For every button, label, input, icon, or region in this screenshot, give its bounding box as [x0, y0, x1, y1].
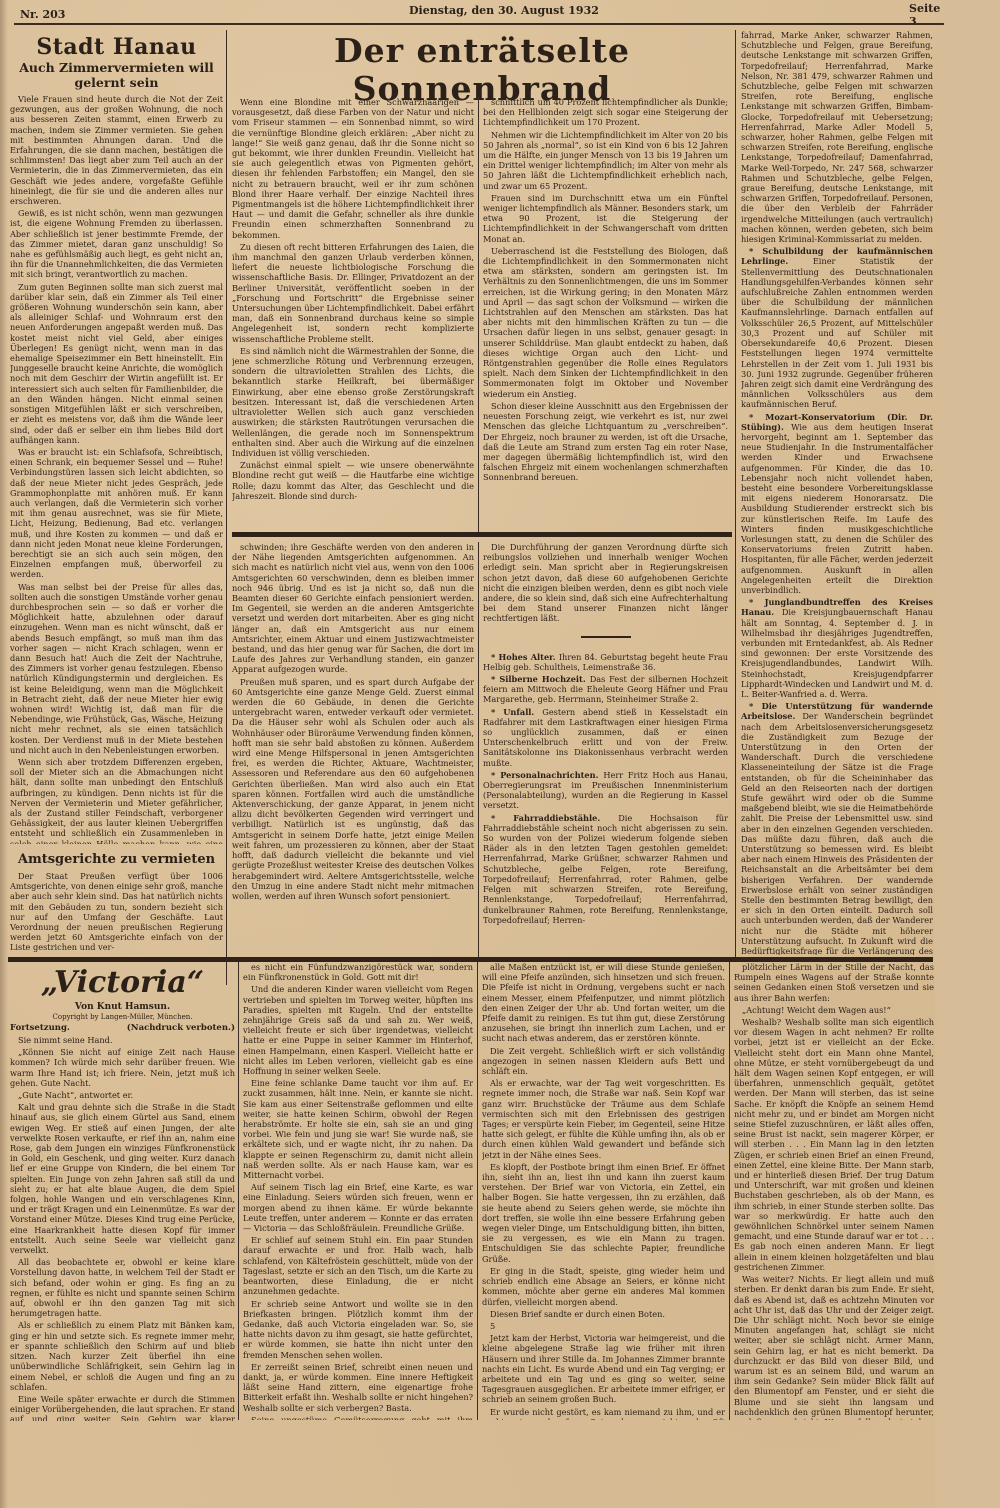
sonnenbrand-col-2: schnittlich um 40 Prozent lichtempfindli… — [483, 97, 728, 532]
paragraph: Weshalb? Weshalb sollte man sich eigentl… — [734, 1017, 934, 1272]
paragraph: Eine feine schlanke Dame taucht vor ihm … — [243, 1078, 473, 1180]
notice-text: Die Hochsaison für Fahrraddiebstähle sch… — [483, 813, 728, 925]
paragraph: Die Zeit vergeht. Schließlich wirft er s… — [482, 1046, 725, 1077]
paragraph: All das beobachtete er, obwohl er keine … — [10, 1257, 235, 1318]
local-notices: * Hohes Alter. Ihren 84. Geburtstag bege… — [483, 652, 728, 925]
article-body: Der Staat Preußen verfügt über 1006 Amts… — [10, 871, 223, 953]
paragraph: Wenn eine Blondine mit einer Schwarzhaar… — [232, 97, 474, 240]
victoria-col-2: es nicht ein Fünfundzwanzigörestück war,… — [243, 962, 473, 1420]
serial-copyright: Copyright by Langen-Müller, München. — [10, 1013, 235, 1021]
paragraph: Als er schließlich zu einem Platz mit Bä… — [10, 1320, 235, 1391]
binding-shadow — [0, 0, 8, 1508]
serial-meta: Fortsetzung. (Nachdruck verboten.) — [10, 1023, 235, 1033]
paragraph: Schon dieser kleine Ausschnitt aus den E… — [483, 401, 728, 483]
notice-title: * Fahrraddiebstähle. — [491, 813, 618, 823]
reprint-notice: (Nachdruck verboten.) — [127, 1023, 235, 1033]
column-divider — [238, 962, 239, 1420]
article-body: schwinden; ihre Geschäfte werden von den… — [232, 542, 474, 901]
serial-body: es nicht ein Fünfundzwanzigörestück war,… — [243, 962, 473, 1420]
serial-body: Sie nimmt seine Hand.„Können Sie nicht a… — [10, 1035, 235, 1421]
local-notices: * Schulbildung der kaufmännischen Lehrli… — [741, 246, 933, 955]
sonnenbrand-header: Der enträtselte Sonnenbrand Männer licht… — [232, 32, 732, 102]
page-margin — [935, 0, 1000, 1508]
paragraph: „Achtung! Weicht dem Wagen aus!“ — [734, 1005, 934, 1015]
article-body: Die Durchführung der ganzen Verordnung d… — [483, 542, 728, 624]
paragraph: Als er erwachte, war der Tag weit vorges… — [482, 1078, 725, 1160]
article-headline: Amtsgerichte zu vermieten — [10, 852, 223, 868]
paragraph: Zum guten Beginnen sollte man sich zuers… — [10, 282, 223, 445]
article-headline: Der enträtselte Sonnenbrand — [232, 32, 732, 102]
stadt-hanau-column: Stadt Hanau Auch Zimmervermieten will ge… — [10, 34, 223, 844]
victoria-col-4: plötzlicher Lärm in der Stille der Nacht… — [734, 962, 934, 1420]
paragraph: Was weiter? Nichts. Er liegt allein und … — [734, 1274, 934, 1420]
paragraph: Kalt und grau dehnte sich die Straße in … — [10, 1102, 235, 1255]
notice-item: * Fahrraddiebstähle. Die Hochsaison für … — [483, 813, 728, 925]
paragraph: Es sind nämlich nicht die Wärmestrahlen … — [232, 346, 474, 458]
paragraph: Sie nimmt seine Hand. — [10, 1035, 235, 1045]
masthead-rule — [14, 23, 944, 25]
paragraph: Zu diesen oft recht bitteren Erfahrungen… — [232, 242, 474, 344]
amtsgerichte-article: Amtsgerichte zu vermieten Der Staat Preu… — [10, 848, 223, 958]
notice-item: * Junglandbundtreffen des Kreises Hanau.… — [741, 597, 933, 699]
sonnenbrand-col-1: Wenn eine Blondine mit einer Schwarzhaar… — [232, 97, 474, 532]
paragraph: Er ging in die Stadt, speiste, ging wied… — [482, 1266, 725, 1307]
paragraph: Seine ungestüme Gemütserregung geht mit … — [243, 1415, 473, 1420]
notice-text: Einer Statistik der Stellenvermittlung d… — [741, 256, 933, 409]
paragraph: Nehmen wir die Lichtempfindlichkeit im A… — [483, 130, 728, 191]
victoria-col-3: alle Maßen entzückt ist, er will diese S… — [482, 962, 725, 1420]
issue-date: Dienstag, den 30. August 1932 — [409, 4, 599, 17]
paragraph: Er schlief auf seinem Stuhl ein. Ein paa… — [243, 1235, 473, 1296]
amtsgerichte-col-2: schwinden; ihre Geschäfte werden von den… — [232, 542, 474, 958]
paragraph: schwinden; ihre Geschäfte werden von den… — [232, 542, 474, 675]
section-rule — [232, 532, 732, 537]
notice-item: * Personalnachrichten. Herr Fritz Hoch a… — [483, 770, 728, 811]
notice-text: Die Kreisjungbauernschaft Hanau hält am … — [741, 607, 933, 699]
notice-continuation: fahrrad, Marke Anker, schwarzer Rahmen, … — [741, 30, 933, 244]
newspaper-page: Nr. 203 Dienstag, den 30. August 1932 Se… — [0, 0, 1000, 1508]
paragraph: Ueberraschend ist die Feststellung des B… — [483, 246, 728, 399]
paragraph: „Gute Nacht“, antwortet er. — [10, 1090, 235, 1100]
paragraph: Wenn sich aber trotzdem Differenzen erge… — [10, 757, 223, 844]
notice-item: * Schulbildung der kaufmännischen Lehrli… — [741, 246, 933, 409]
notice-title: * Personalnachrichten. — [491, 770, 603, 780]
article-body: schnittlich um 40 Prozent lichtempfindli… — [483, 97, 728, 483]
notice-text: Der Wanderschein begründet nach dem Arbe… — [741, 711, 933, 955]
column-divider — [478, 97, 479, 532]
serial-body: plötzlicher Lärm in der Stille der Nacht… — [734, 962, 934, 1420]
paragraph: Er wurde nicht gestört, es kam niemand z… — [482, 1407, 725, 1420]
notice-item: * Unfall. Gestern abend stieß in Kessels… — [483, 707, 728, 768]
paragraph: Frauen sind im Durchschnitt etwa um ein … — [483, 193, 728, 244]
notice-title: * Silberne Hochzeit. — [491, 674, 590, 684]
notice-text: Wie aus dem heutigen Inserat hervorgeht,… — [741, 422, 933, 595]
paragraph: Und die anderen Kinder waren vielleicht … — [243, 984, 473, 1076]
paragraph: Es klopft, der Postbote bringt ihm einen… — [482, 1162, 725, 1264]
paragraph: Auf seinem Tisch lag ein Brief, eine Kar… — [243, 1182, 473, 1233]
right-notices-column: fahrrad, Marke Anker, schwarzer Rahmen, … — [741, 30, 933, 955]
notice-item: * Die Unterstützung für wandernde Arbeit… — [741, 701, 933, 955]
section-title: Stadt Hanau — [10, 34, 223, 60]
article-headline: Auch Zimmervermieten will gelernt sein — [10, 60, 223, 90]
serial-author: Von Knut Hamsun. — [10, 1002, 235, 1012]
paragraph: Er schrieb seine Antwort und wollte sie … — [243, 1299, 473, 1360]
paragraph: Diesen Brief sandte er durch einen Boten… — [482, 1309, 725, 1319]
notice-title: * Hohes Alter. — [491, 652, 559, 662]
paragraph: Was man selbst bei der Preise für alles … — [10, 582, 223, 755]
paragraph: „Können Sie nicht auf einige Zeit nach H… — [10, 1047, 235, 1088]
chapter-number: 5 — [482, 1321, 725, 1331]
local-notes-column: Die Durchführung der ganzen Verordnung d… — [483, 542, 728, 958]
separator-dash — [581, 636, 631, 638]
column-divider — [477, 962, 478, 1420]
paragraph: Gewiß, es ist nicht schön, wenn man gezw… — [10, 208, 223, 279]
column-divider — [226, 30, 227, 985]
column-divider — [478, 542, 479, 958]
paragraph: Zunächst einmal spielt — wie unsere oben… — [232, 460, 474, 501]
notice-item: * Mozart-Konservatorium (Dir. Dr. Stübin… — [741, 412, 933, 596]
paragraph: plötzlicher Lärm in der Stille der Nacht… — [734, 962, 934, 1003]
victoria-col-1: „Victoria“ Von Knut Hamsun. Copyright by… — [10, 966, 235, 1421]
paragraph: Viele Frauen sind heute durch die Not de… — [10, 94, 223, 206]
notice-item: * Silberne Hochzeit. Das Fest der silber… — [483, 674, 728, 705]
article-body: Wenn eine Blondine mit einer Schwarzhaar… — [232, 97, 474, 501]
issue-number: Nr. 203 — [20, 8, 65, 21]
paragraph: Der Staat Preußen verfügt über 1006 Amts… — [10, 871, 223, 953]
paragraph: schnittlich um 40 Prozent lichtempfindli… — [483, 97, 728, 128]
paragraph: Was er braucht ist: ein Schlafsofa, Schr… — [10, 447, 223, 580]
paragraph: es nicht ein Fünfundzwanzigörestück war,… — [243, 962, 473, 982]
continued-label: Fortsetzung. — [10, 1023, 70, 1033]
paragraph: Eine Weile später erwachte er durch die … — [10, 1394, 235, 1421]
paragraph: Die Durchführung der ganzen Verordnung d… — [483, 542, 728, 624]
column-divider — [729, 962, 730, 1420]
notice-title: * Unfall. — [491, 707, 542, 717]
serial-body: alle Maßen entzückt ist, er will diese S… — [482, 962, 725, 1420]
masthead: Nr. 203 Dienstag, den 30. August 1932 Se… — [14, 2, 934, 22]
paragraph: Preußen muß sparen, und es spart durch A… — [232, 677, 474, 901]
paragraph: alle Maßen entzückt ist, er will diese S… — [482, 962, 725, 1044]
article-body: Viele Frauen sind heute durch die Not de… — [10, 94, 223, 844]
paragraph: Jetzt kam der Herbst, Victoria war heimg… — [482, 1333, 725, 1404]
column-divider — [735, 30, 736, 960]
paragraph: Er zerreißt seinen Brief, schreibt einen… — [243, 1362, 473, 1413]
serial-title: „Victoria“ — [10, 966, 235, 1000]
notice-item: * Hohes Alter. Ihren 84. Geburtstag bege… — [483, 652, 728, 672]
